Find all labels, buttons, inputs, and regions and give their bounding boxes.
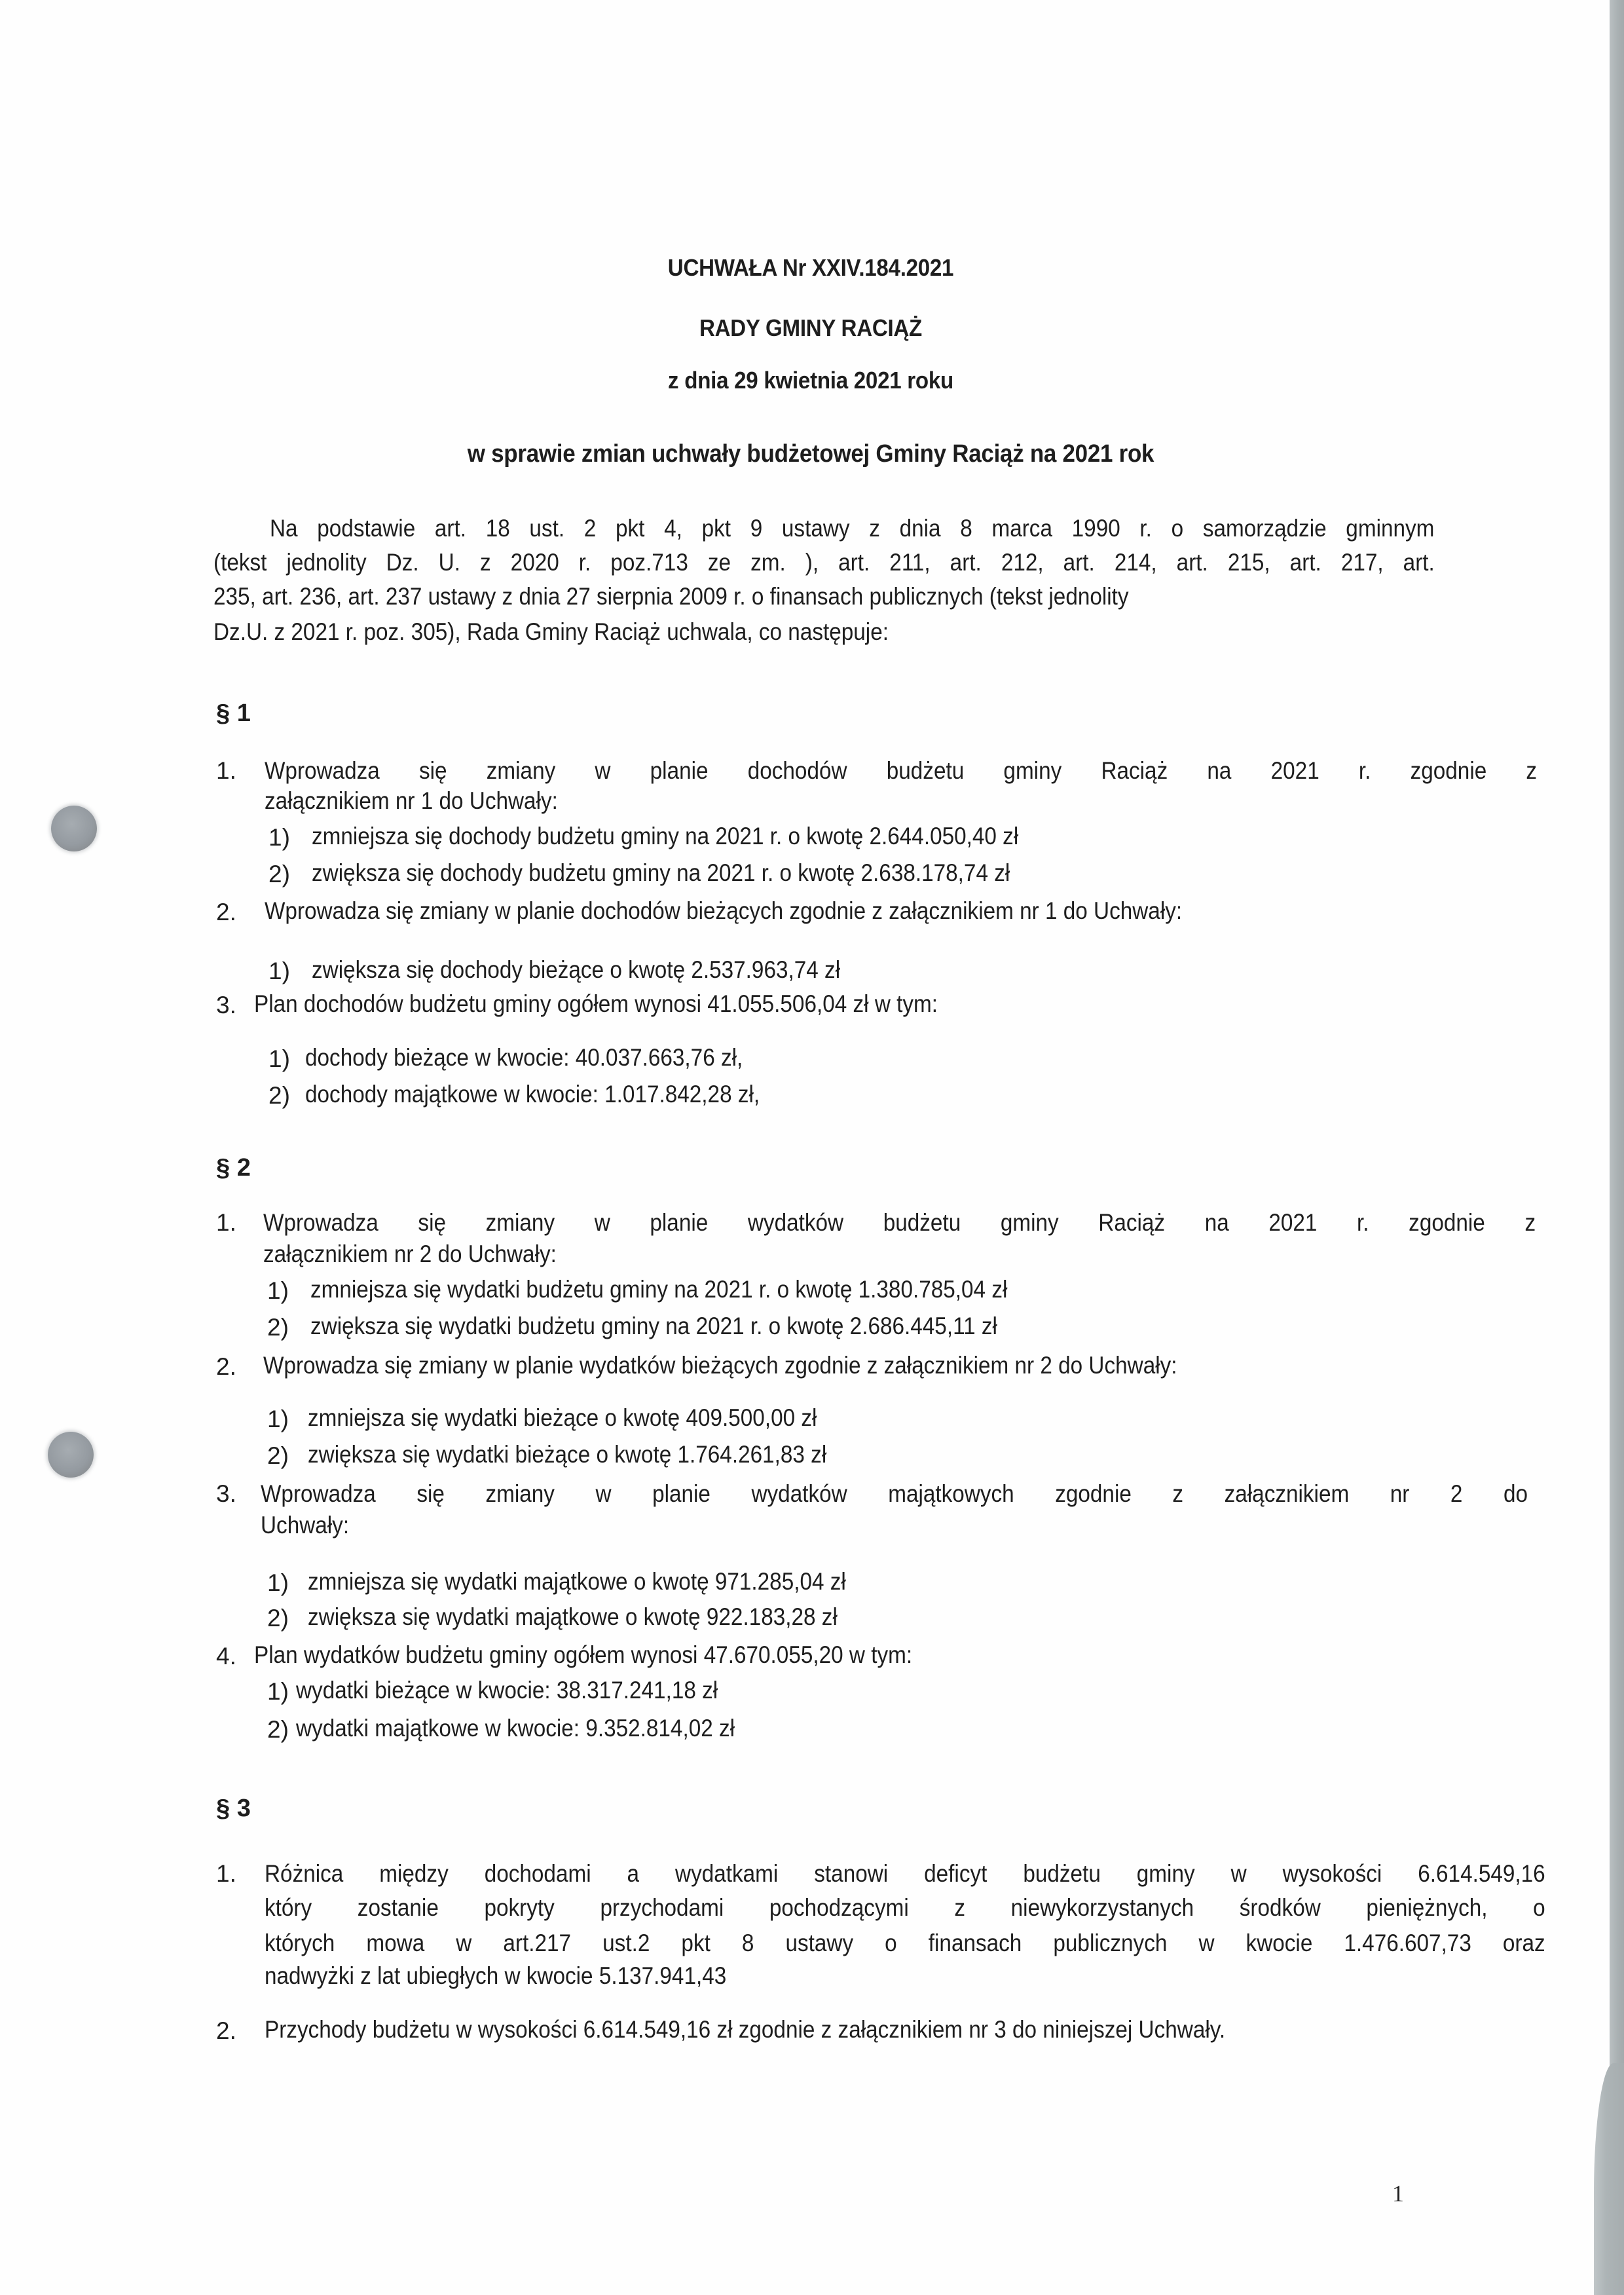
preamble-line: Na podstawie art. 18 ust. 2 pkt 4, pkt 9… <box>270 515 1434 542</box>
subitem-text: zmniejsza się dochody budżetu gminy na 2… <box>312 824 1018 848</box>
subitem-text: zmniejsza się wydatki majątkowe o kwotę … <box>308 1569 846 1594</box>
subitem-text: wydatki majątkowe w kwocie: 9.352.814,02… <box>296 1716 735 1740</box>
item-text: Uchwały: <box>261 1513 349 1537</box>
scanned-page: UCHWAŁA Nr XXIV.184.2021 RADY GMINY RACI… <box>0 0 1624 2295</box>
subitem-number: 2) <box>268 861 290 888</box>
section-heading: § 2 <box>216 1154 251 1182</box>
item-text: Różnica między dochodami a wydatkami sta… <box>265 1860 1545 1888</box>
subitem-text: zmniejsza się wydatki budżetu gminy na 2… <box>310 1277 1007 1301</box>
subitem-number: 2) <box>268 1082 290 1110</box>
item-text: Plan wydatków budżetu gminy ogółem wynos… <box>254 1643 912 1667</box>
subitem-number: 1) <box>267 1569 289 1597</box>
item-text: który zostanie pokryty przychodami pocho… <box>265 1894 1545 1922</box>
item-number: 1. <box>216 1209 236 1237</box>
subitem-number: 1) <box>267 1678 289 1706</box>
council-name: RADY GMINY RACIĄŻ <box>64 314 1558 342</box>
resolution-number: UCHWAŁA Nr XXIV.184.2021 <box>64 254 1558 282</box>
item-text: Wprowadza się zmiany w planie wydatków m… <box>261 1480 1528 1508</box>
preamble-line: Dz.U. z 2021 r. poz. 305), Rada Gminy Ra… <box>213 620 889 644</box>
item-number: 1. <box>216 1860 236 1888</box>
item-text: nadwyżki z lat ubiegłych w kwocie 5.137.… <box>265 1964 726 1988</box>
subitem-number: 2) <box>267 1716 289 1744</box>
item-text: których mowa w art.217 ust.2 pkt 8 ustaw… <box>265 1930 1545 1957</box>
subitem-number: 1) <box>268 1045 290 1073</box>
section-heading: § 1 <box>216 700 251 728</box>
resolution-date: z dnia 29 kwietnia 2021 roku <box>64 367 1558 394</box>
subitem-text: zwiększa się wydatki majątkowe o kwotę 9… <box>308 1605 838 1629</box>
subitem-number: 2) <box>267 1442 289 1470</box>
subitem-number: 2) <box>267 1314 289 1341</box>
item-number: 2. <box>216 1353 236 1381</box>
punch-hole-icon <box>51 806 97 851</box>
subitem-text: zwiększa się dochody bieżące o kwotę 2.5… <box>312 958 840 982</box>
item-number: 2. <box>216 2017 236 2045</box>
subitem-text: dochody bieżące w kwocie: 40.037.663,76 … <box>305 1045 743 1070</box>
item-number: 2. <box>216 899 236 926</box>
subitem-number: 1) <box>268 958 290 985</box>
item-text: Plan dochodów budżetu gminy ogółem wynos… <box>254 992 938 1016</box>
subitem-text: wydatki bieżące w kwocie: 38.317.241,18 … <box>296 1678 718 1702</box>
scan-edge-shadow <box>1610 0 1624 2295</box>
punch-hole-icon <box>48 1432 94 1478</box>
item-number: 1. <box>216 757 236 785</box>
item-text: załącznikiem nr 1 do Uchwały: <box>265 789 558 813</box>
subitem-number: 2) <box>267 1605 289 1632</box>
item-text: Wprowadza się zmiany w planie dochodów b… <box>265 757 1537 785</box>
preamble-line: (tekst jednolity Dz. U. z 2020 r. poz.71… <box>213 549 1435 576</box>
subitem-text: dochody majątkowe w kwocie: 1.017.842,28… <box>305 1082 760 1106</box>
item-number: 4. <box>216 1643 236 1670</box>
page-number: 1 <box>1392 2180 1404 2207</box>
subitem-text: zwiększa się dochody budżetu gminy na 20… <box>312 861 1010 885</box>
item-number: 3. <box>216 992 236 1019</box>
subitem-text: zwiększa się wydatki bieżące o kwotę 1.7… <box>308 1442 826 1466</box>
item-number: 3. <box>216 1480 236 1508</box>
resolution-subject: w sprawie zmian uchwały budżetowej Gminy… <box>64 440 1558 468</box>
item-text: Wprowadza się zmiany w planie wydatków b… <box>263 1353 1177 1377</box>
item-text: Wprowadza się zmiany w planie wydatków b… <box>263 1209 1536 1237</box>
preamble-line: 235, art. 236, art. 237 ustawy z dnia 27… <box>213 584 1129 608</box>
subitem-number: 1) <box>267 1277 289 1305</box>
item-text: Przychody budżetu w wysokości 6.614.549,… <box>265 2017 1225 2042</box>
item-text: załącznikiem nr 2 do Uchwały: <box>263 1242 557 1266</box>
section-heading: § 3 <box>216 1795 251 1823</box>
item-text: Wprowadza się zmiany w planie dochodów b… <box>265 899 1182 923</box>
subitem-text: zwiększa się wydatki budżetu gminy na 20… <box>310 1314 997 1338</box>
subitem-text: zmniejsza się wydatki bieżące o kwotę 40… <box>308 1406 817 1430</box>
subitem-number: 1) <box>267 1406 289 1433</box>
scan-edge-shadow-bottom <box>1594 2063 1624 2295</box>
subitem-number: 1) <box>268 824 290 851</box>
